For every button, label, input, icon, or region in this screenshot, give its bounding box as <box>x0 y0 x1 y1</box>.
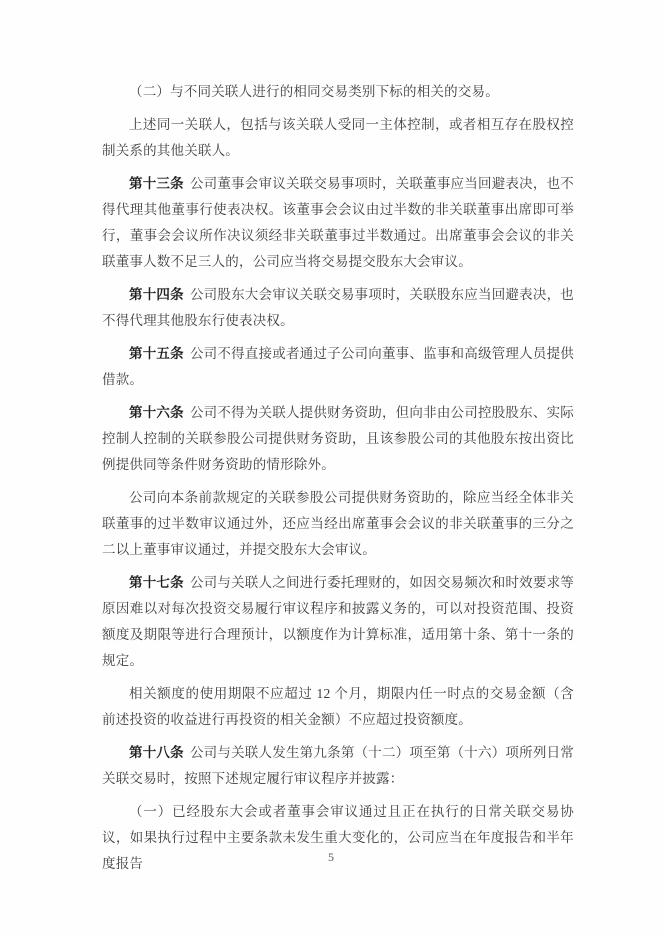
paragraph: （一）已经股东大会或者董事会审议通过且正在执行的日常关联交易协议，如果执行过程中… <box>102 799 574 877</box>
article-number-label: 第十六条 <box>129 405 184 420</box>
paragraph-text: 公司向本条前款规定的关联参股公司提供财务资助的，除应当经全体非关联董事的过半数审… <box>102 490 574 557</box>
article-number-label: 第十八条 <box>129 745 184 760</box>
paragraph: 第十八条公司与关联人发生第九条第（十二）项至第（十六）项所列日常关联交易时，按照… <box>102 740 574 792</box>
paragraph: 第十七条公司与关联人之间进行委托理财的，如因交易频次和时效要求等原因难以对每次投… <box>102 570 574 674</box>
paragraph: 第十四条公司股东大会审议关联交易事项时，关联股东应当回避表决，也不得代理其他股东… <box>102 282 574 334</box>
document-page: （二）与不同关联人进行的相同交易类别下标的相关的交易。 上述同一关联人，包括与该… <box>0 0 662 936</box>
article-number-label: 第十四条 <box>129 287 184 302</box>
paragraph: 第十六条公司不得为关联人提供财务资助，但向非由公司控股股东、实际控制人控制的关联… <box>102 400 574 478</box>
paragraph: 上述同一关联人，包括与该关联人受同一主体控制，或者相互存在股权控制关系的其他关联… <box>102 112 574 164</box>
paragraph: 第十三条公司董事会审议关联交易事项时，关联董事应当回避表决，也不得代理其他董事行… <box>102 171 574 275</box>
article-number-label: 第十七条 <box>129 575 184 590</box>
article-number-label: 第十五条 <box>129 346 184 361</box>
article-number-label: 第十三条 <box>129 176 184 191</box>
paragraph-text: 上述同一关联人，包括与该关联人受同一主体控制，或者相互存在股权控制关系的其他关联… <box>102 117 574 158</box>
paragraph: （二）与不同关联人进行的相同交易类别下标的相关的交易。 <box>102 79 574 105</box>
page-number: 5 <box>0 850 662 865</box>
paragraph: 公司向本条前款规定的关联参股公司提供财务资助的，除应当经全体非关联董事的过半数审… <box>102 485 574 563</box>
document-body: （二）与不同关联人进行的相同交易类别下标的相关的交易。 上述同一关联人，包括与该… <box>102 72 574 884</box>
paragraph: 相关额度的使用期限不应超过 12 个月，期限内任一时点的交易金额（含前述投资的收… <box>102 681 574 733</box>
paragraph-text: （二）与不同关联人进行的相同交易类别下标的相关的交易。 <box>129 84 499 99</box>
paragraph-text: 相关额度的使用期限不应超过 12 个月，期限内任一时点的交易金额（含前述投资的收… <box>102 686 574 727</box>
paragraph: 第十五条公司不得直接或者通过子公司向董事、监事和高级管理人员提供借款。 <box>102 341 574 393</box>
